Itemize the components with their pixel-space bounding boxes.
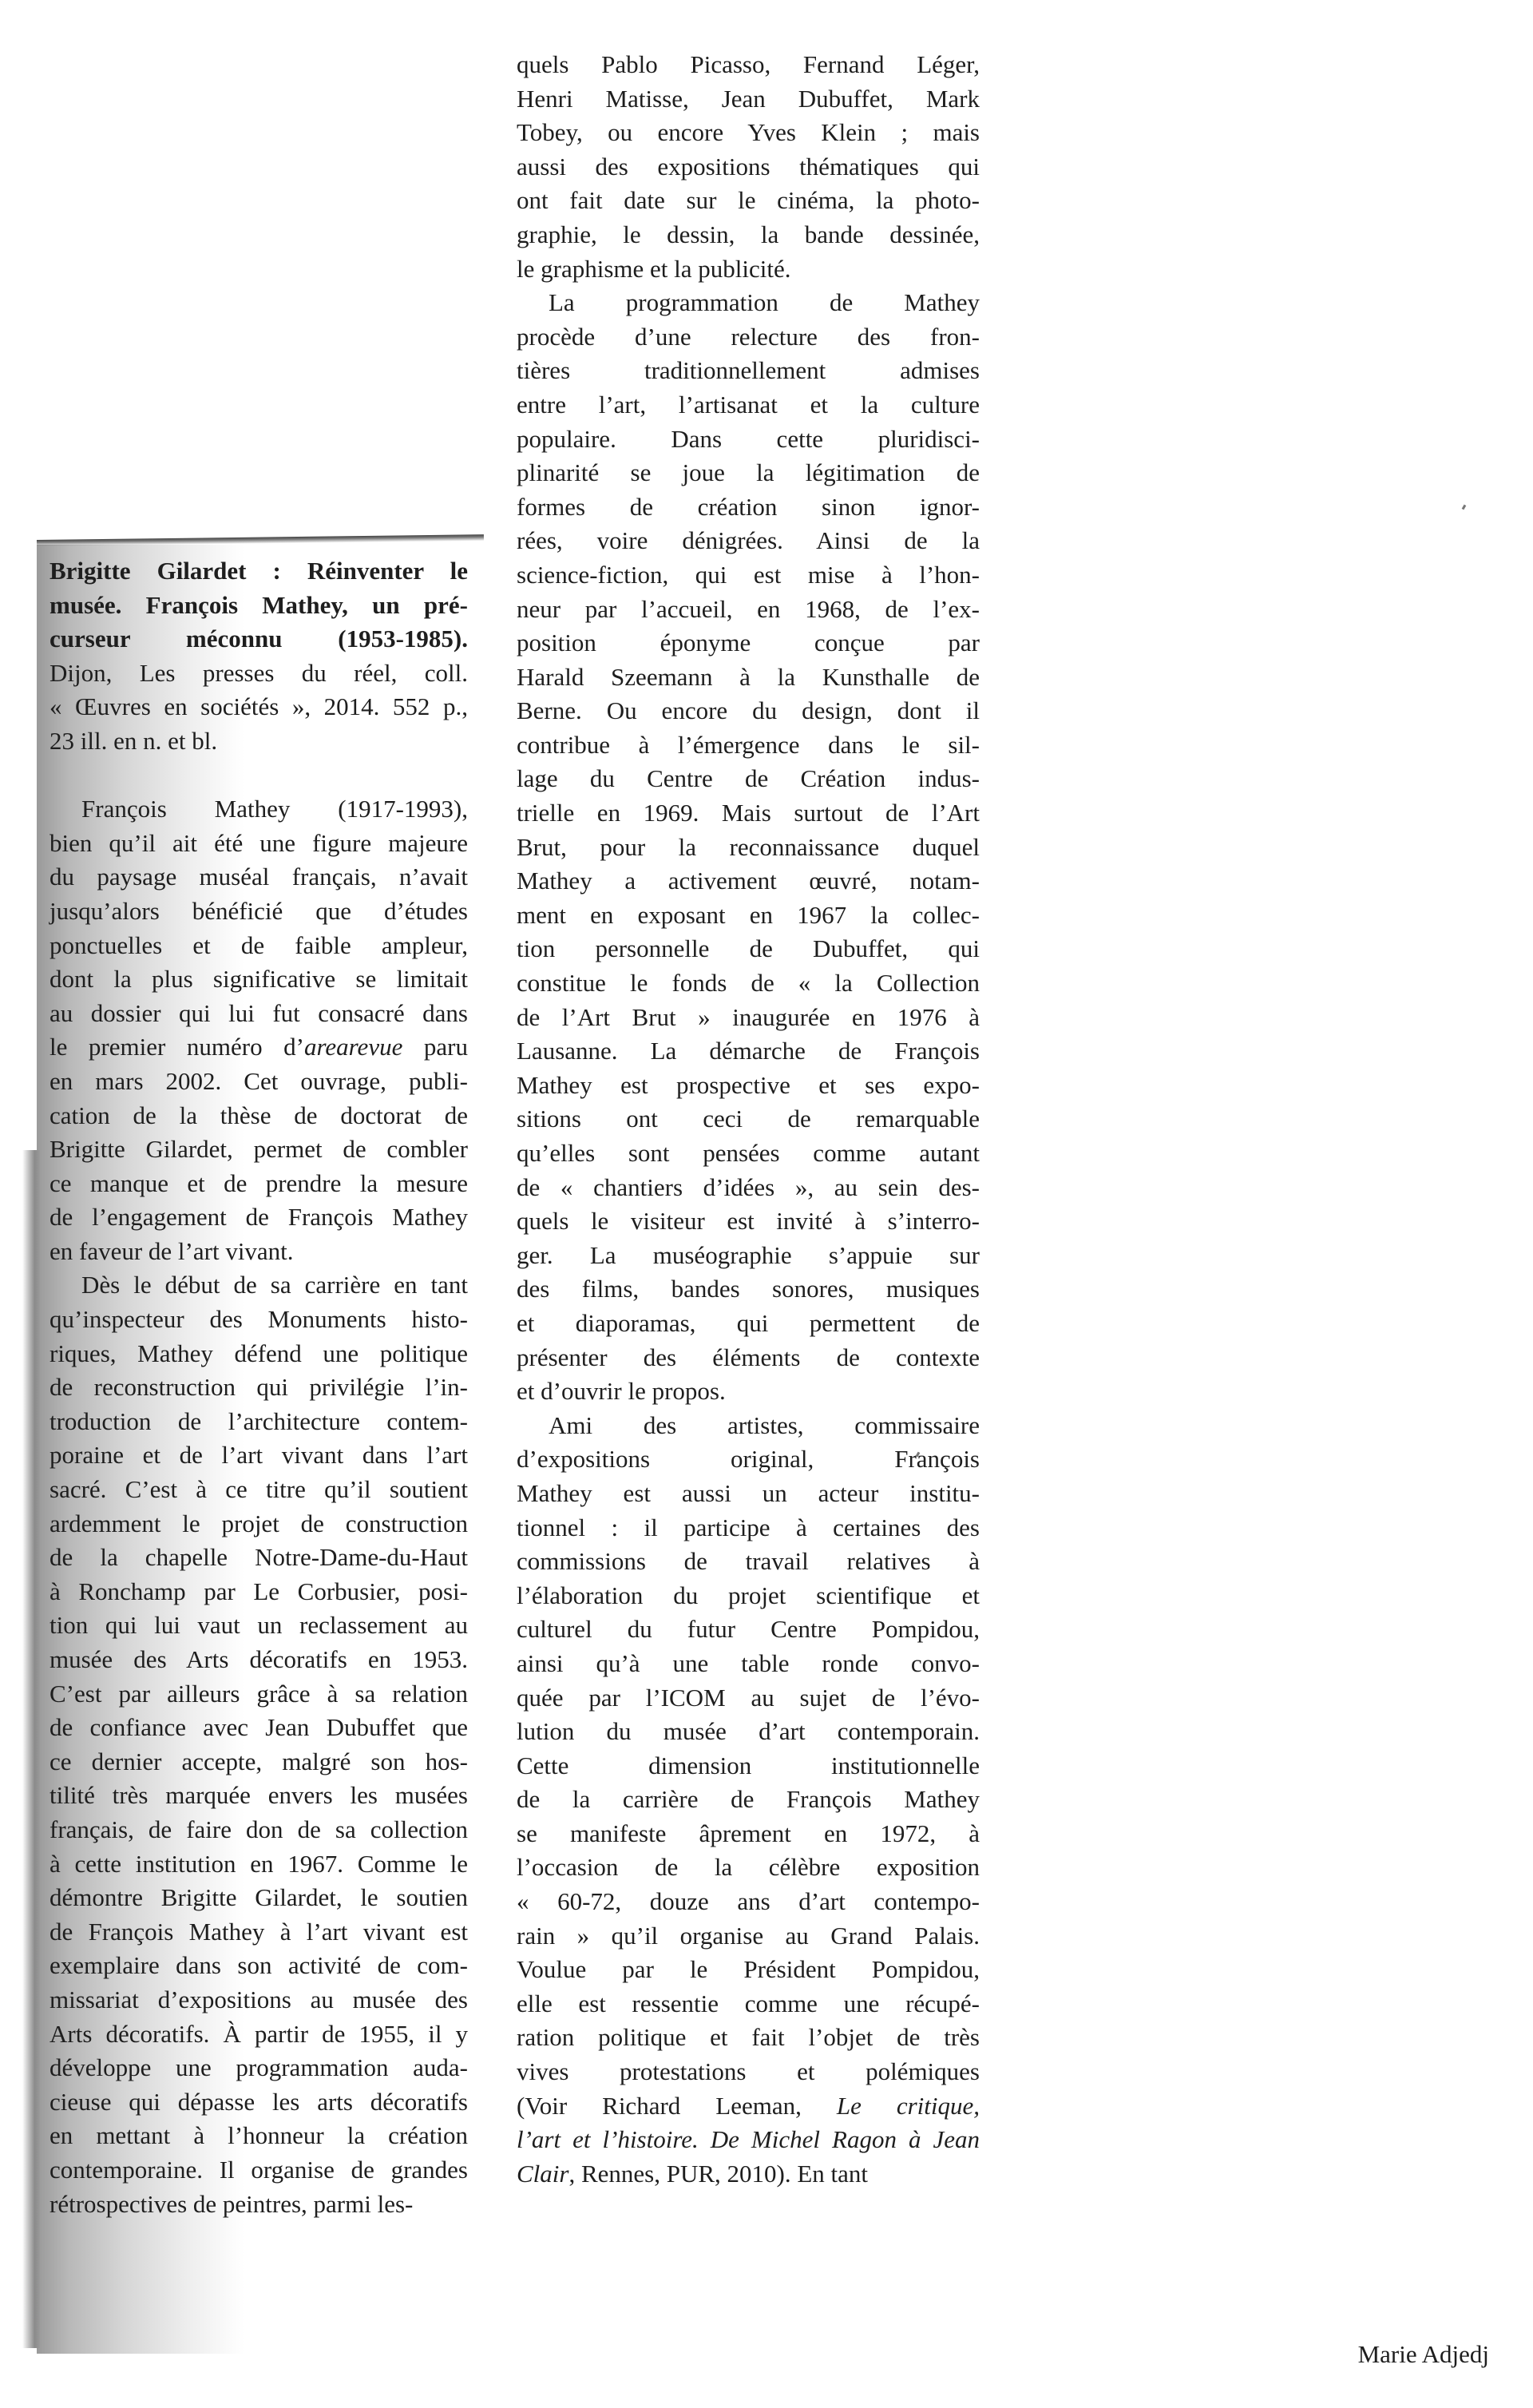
text-line: et d’ouvrir le propos. (517, 1375, 980, 1409)
text-line: rain » qu’il organise au Grand Palais. (517, 1919, 980, 1954)
text-line: quels Pablo Picasso, Fernand Léger, (517, 48, 980, 82)
text-line: rétrospectives de peintres, parmi les- (50, 2188, 468, 2222)
text-line: Brigitte Gilardet : Réinventer le (50, 554, 468, 589)
text-line: musée. François Mathey, un pré- (50, 589, 468, 623)
text-line: (Voir Richard Leeman, Le critique, (517, 2089, 980, 2124)
text-line: cieuse qui dépasse les arts décoratifs (50, 2085, 468, 2120)
text-line: tilité très marquée envers les musées (50, 1779, 468, 1813)
text-line: Brigitte Gilardet, permet de combler (50, 1133, 468, 1167)
text-line: Dijon, Les presses du réel, coll. (50, 657, 468, 691)
text-line: sitions ont ceci de remarquable (517, 1102, 980, 1137)
text-line: ardemment le projet de construction (50, 1507, 468, 1541)
text-line: aussi des expositions thématiques qui (517, 150, 980, 184)
text-line: des films, bandes sonores, musiques (517, 1272, 980, 1307)
text-line: curseur méconnu (1953-1985). (50, 622, 468, 657)
text-line: C’est par ailleurs grâce à sa relation (50, 1677, 468, 1712)
scan-speck (1462, 505, 1467, 510)
text-line: le premier numéro d’arearevue paru (50, 1030, 468, 1065)
text-line: « Œuvres en sociétés », 2014. 552 p., (50, 690, 468, 724)
text-line: neur par l’accueil, en 1968, de l’ex- (517, 593, 980, 627)
text-line: lage du Centre de Création indus- (517, 762, 980, 796)
text-line: ont fait date sur le cinéma, la photo- (517, 184, 980, 218)
text-line: l’élaboration du projet scientifique et (517, 1579, 980, 1613)
text-line: entre l’art, l’artisanat et la culture (517, 388, 980, 422)
text-line: en mettant à l’honneur la création (50, 2119, 468, 2153)
text-line: Voulue par le Président Pompidou, (517, 1953, 980, 1987)
text-line: François Mathey (1917-1993), (50, 792, 468, 827)
text-line: position éponyme conçue par (517, 626, 980, 661)
text-line: troduction de l’architecture contem- (50, 1405, 468, 1439)
text-line: vives protestations et polémiques (517, 2055, 980, 2089)
text-line: tionnel : il participe à certaines des (517, 1511, 980, 1545)
text-line: de François Mathey à l’art vivant est (50, 1915, 468, 1950)
text-line: tion personnelle de Dubuffet, qui (517, 932, 980, 966)
text-line: populaire. Dans cette pluridisci- (517, 422, 980, 457)
text-line: jusqu’alors bénéficié que d’études (50, 895, 468, 929)
text-line: Cette dimension institutionnelle (517, 1749, 980, 1783)
text-line: plinarité se joue la légitimation de (517, 456, 980, 490)
text-line: ration politique et fait l’objet de très (517, 2021, 980, 2055)
text-line: et diaporamas, qui permettent de (517, 1307, 980, 1341)
text-line: en mars 2002. Cet ouvrage, publi- (50, 1065, 468, 1099)
column-2: quels Pablo Picasso, Fernand Léger,Henri… (517, 48, 980, 2191)
text-line: missariat d’expositions au musée des (50, 1983, 468, 2017)
text-line: elle est ressentie comme une récupé- (517, 1987, 980, 2021)
text-line: ponctuelles et de faible ampleur, (50, 929, 468, 963)
text-line: développe une programmation auda- (50, 2051, 468, 2085)
text-line: commissions de travail relatives à (517, 1545, 980, 1579)
text-line: qu’inspecteur des Monuments histo- (50, 1303, 468, 1337)
text-line: contribue à l’émergence dans le sil- (517, 728, 980, 763)
text-line: exemplaire dans son activité de com- (50, 1949, 468, 1983)
text-line: se manifeste âprement en 1972, à (517, 1817, 980, 1851)
text-line: 23 ill. en n. et bl. (50, 724, 468, 759)
text-line: d’expositions original, François (517, 1442, 980, 1477)
text-line: Berne. Ou encore du design, dont il (517, 694, 980, 728)
text-line: contemporaine. Il organise de grandes (50, 2153, 468, 2188)
text-line: Brut, pour la reconnaissance duquel (517, 831, 980, 865)
text-line: La programmation de Mathey (517, 286, 980, 320)
text-line: en faveur de l’art vivant. (50, 1235, 468, 1269)
text-line: sacré. C’est à ce titre qu’il soutient (50, 1473, 468, 1507)
text-line: ce dernier accepte, malgré son hos- (50, 1745, 468, 1779)
text-line: formes de création sinon ignor- (517, 490, 980, 525)
text-line: bien qu’il ait été une figure majeure (50, 827, 468, 861)
text-line: l’occasion de la célèbre exposition (517, 1851, 980, 1885)
text-line: rées, voire dénigrées. Ainsi de la (517, 524, 980, 558)
text-line: Harald Szeemann à la Kunsthalle de (517, 661, 980, 695)
text-line: lution du musée d’art contemporain. (517, 1715, 980, 1749)
author-signature: Marie Adjedj (1358, 2340, 1489, 2369)
text-line: Clair, Rennes, PUR, 2010). En tant (517, 2157, 980, 2192)
text-line: de l’engagement de François Mathey (50, 1200, 468, 1235)
text-line: à Ronchamp par Le Corbusier, posi- (50, 1575, 468, 1609)
text-line: à cette institution en 1967. Comme le (50, 1847, 468, 1882)
text-line: présenter des éléments de contexte (517, 1341, 980, 1375)
text-line: tières traditionnellement admises (517, 354, 980, 388)
text-line: musée des Arts décoratifs en 1953. (50, 1643, 468, 1677)
column-1-body: François Mathey (1917-1993),bien qu’il a… (50, 792, 468, 2221)
text-line: Tobey, ou encore Yves Klein ; mais (517, 116, 980, 150)
text-line: quels le visiteur est invité à s’interro… (517, 1204, 980, 1239)
text-line: cation de la thèse de doctorat de (50, 1099, 468, 1133)
text-line: Mathey est prospective et ses expo- (517, 1069, 980, 1103)
text-line: Arts décoratifs. À partir de 1955, il y (50, 2017, 468, 2052)
text-line: de confiance avec Jean Dubuffet que (50, 1711, 468, 1745)
text-line: français, de faire don de sa collection (50, 1813, 468, 1847)
text-line: ainsi qu’à une table ronde convo- (517, 1647, 980, 1681)
text-line: science-fiction, qui est mise à l’hon- (517, 558, 980, 593)
clipping-tear-edge (22, 1150, 40, 2348)
text-line: Mathey est aussi un acteur institu- (517, 1477, 980, 1511)
text-line: culturel du futur Centre Pompidou, (517, 1613, 980, 1647)
text-line: Henri Matisse, Jean Dubuffet, Mark (517, 82, 980, 117)
text-line: ger. La muséographie s’appuie sur (517, 1239, 980, 1273)
text-line: de la chapelle Notre-Dame-du-Haut (50, 1541, 468, 1575)
text-line: poraine et de l’art vivant dans l’art (50, 1438, 468, 1473)
text-line: tion qui lui vaut un reclassement au (50, 1609, 468, 1643)
book-reference-heading: Brigitte Gilardet : Réinventer lemusée. … (50, 554, 468, 759)
text-line: Lausanne. La démarche de François (517, 1034, 980, 1069)
text-line: dont la plus significative se limitait (50, 962, 468, 997)
text-line: qu’elles sont pensées comme autant (517, 1137, 980, 1171)
text-line: de reconstruction qui privilégie l’in- (50, 1371, 468, 1405)
text-line: ment en exposant en 1967 la collec- (517, 899, 980, 933)
text-line: procède d’une relecture des fron- (517, 320, 980, 355)
text-line: « 60-72, douze ans d’art contempo- (517, 1885, 980, 1919)
text-line: Ami des artistes, commissaire (517, 1409, 980, 1443)
text-line: graphie, le dessin, la bande dessinée, (517, 218, 980, 252)
text-line: de la carrière de François Mathey (517, 1783, 980, 1817)
text-line: trielle en 1969. Mais surtout de l’Art (517, 796, 980, 831)
text-line: au dossier qui lui fut consacré dans (50, 997, 468, 1031)
text-line: ce manque et de prendre la mesure (50, 1167, 468, 1201)
column-1: Brigitte Gilardet : Réinventer lemusée. … (50, 554, 468, 2221)
text-line: le graphisme et la publicité. (517, 252, 980, 287)
text-line: de l’Art Brut » inaugurée en 1976 à (517, 1001, 980, 1035)
text-line: riques, Mathey défend une politique (50, 1337, 468, 1371)
text-line: Mathey a activement œuvré, notam- (517, 864, 980, 899)
text-line: Dès le début de sa carrière en tant (50, 1268, 468, 1303)
spacer (50, 759, 468, 793)
text-line: démontre Brigitte Gilardet, le soutien (50, 1881, 468, 1915)
text-line: quée par l’ICOM au sujet de l’évo- (517, 1681, 980, 1716)
text-line: l’art et l’histoire. De Michel Ragon à J… (517, 2123, 980, 2157)
text-line: du paysage muséal français, n’avait (50, 860, 468, 895)
text-line: de « chantiers d’idées », au sein des- (517, 1171, 980, 1205)
text-line: constitue le fonds de « la Collection (517, 966, 980, 1001)
